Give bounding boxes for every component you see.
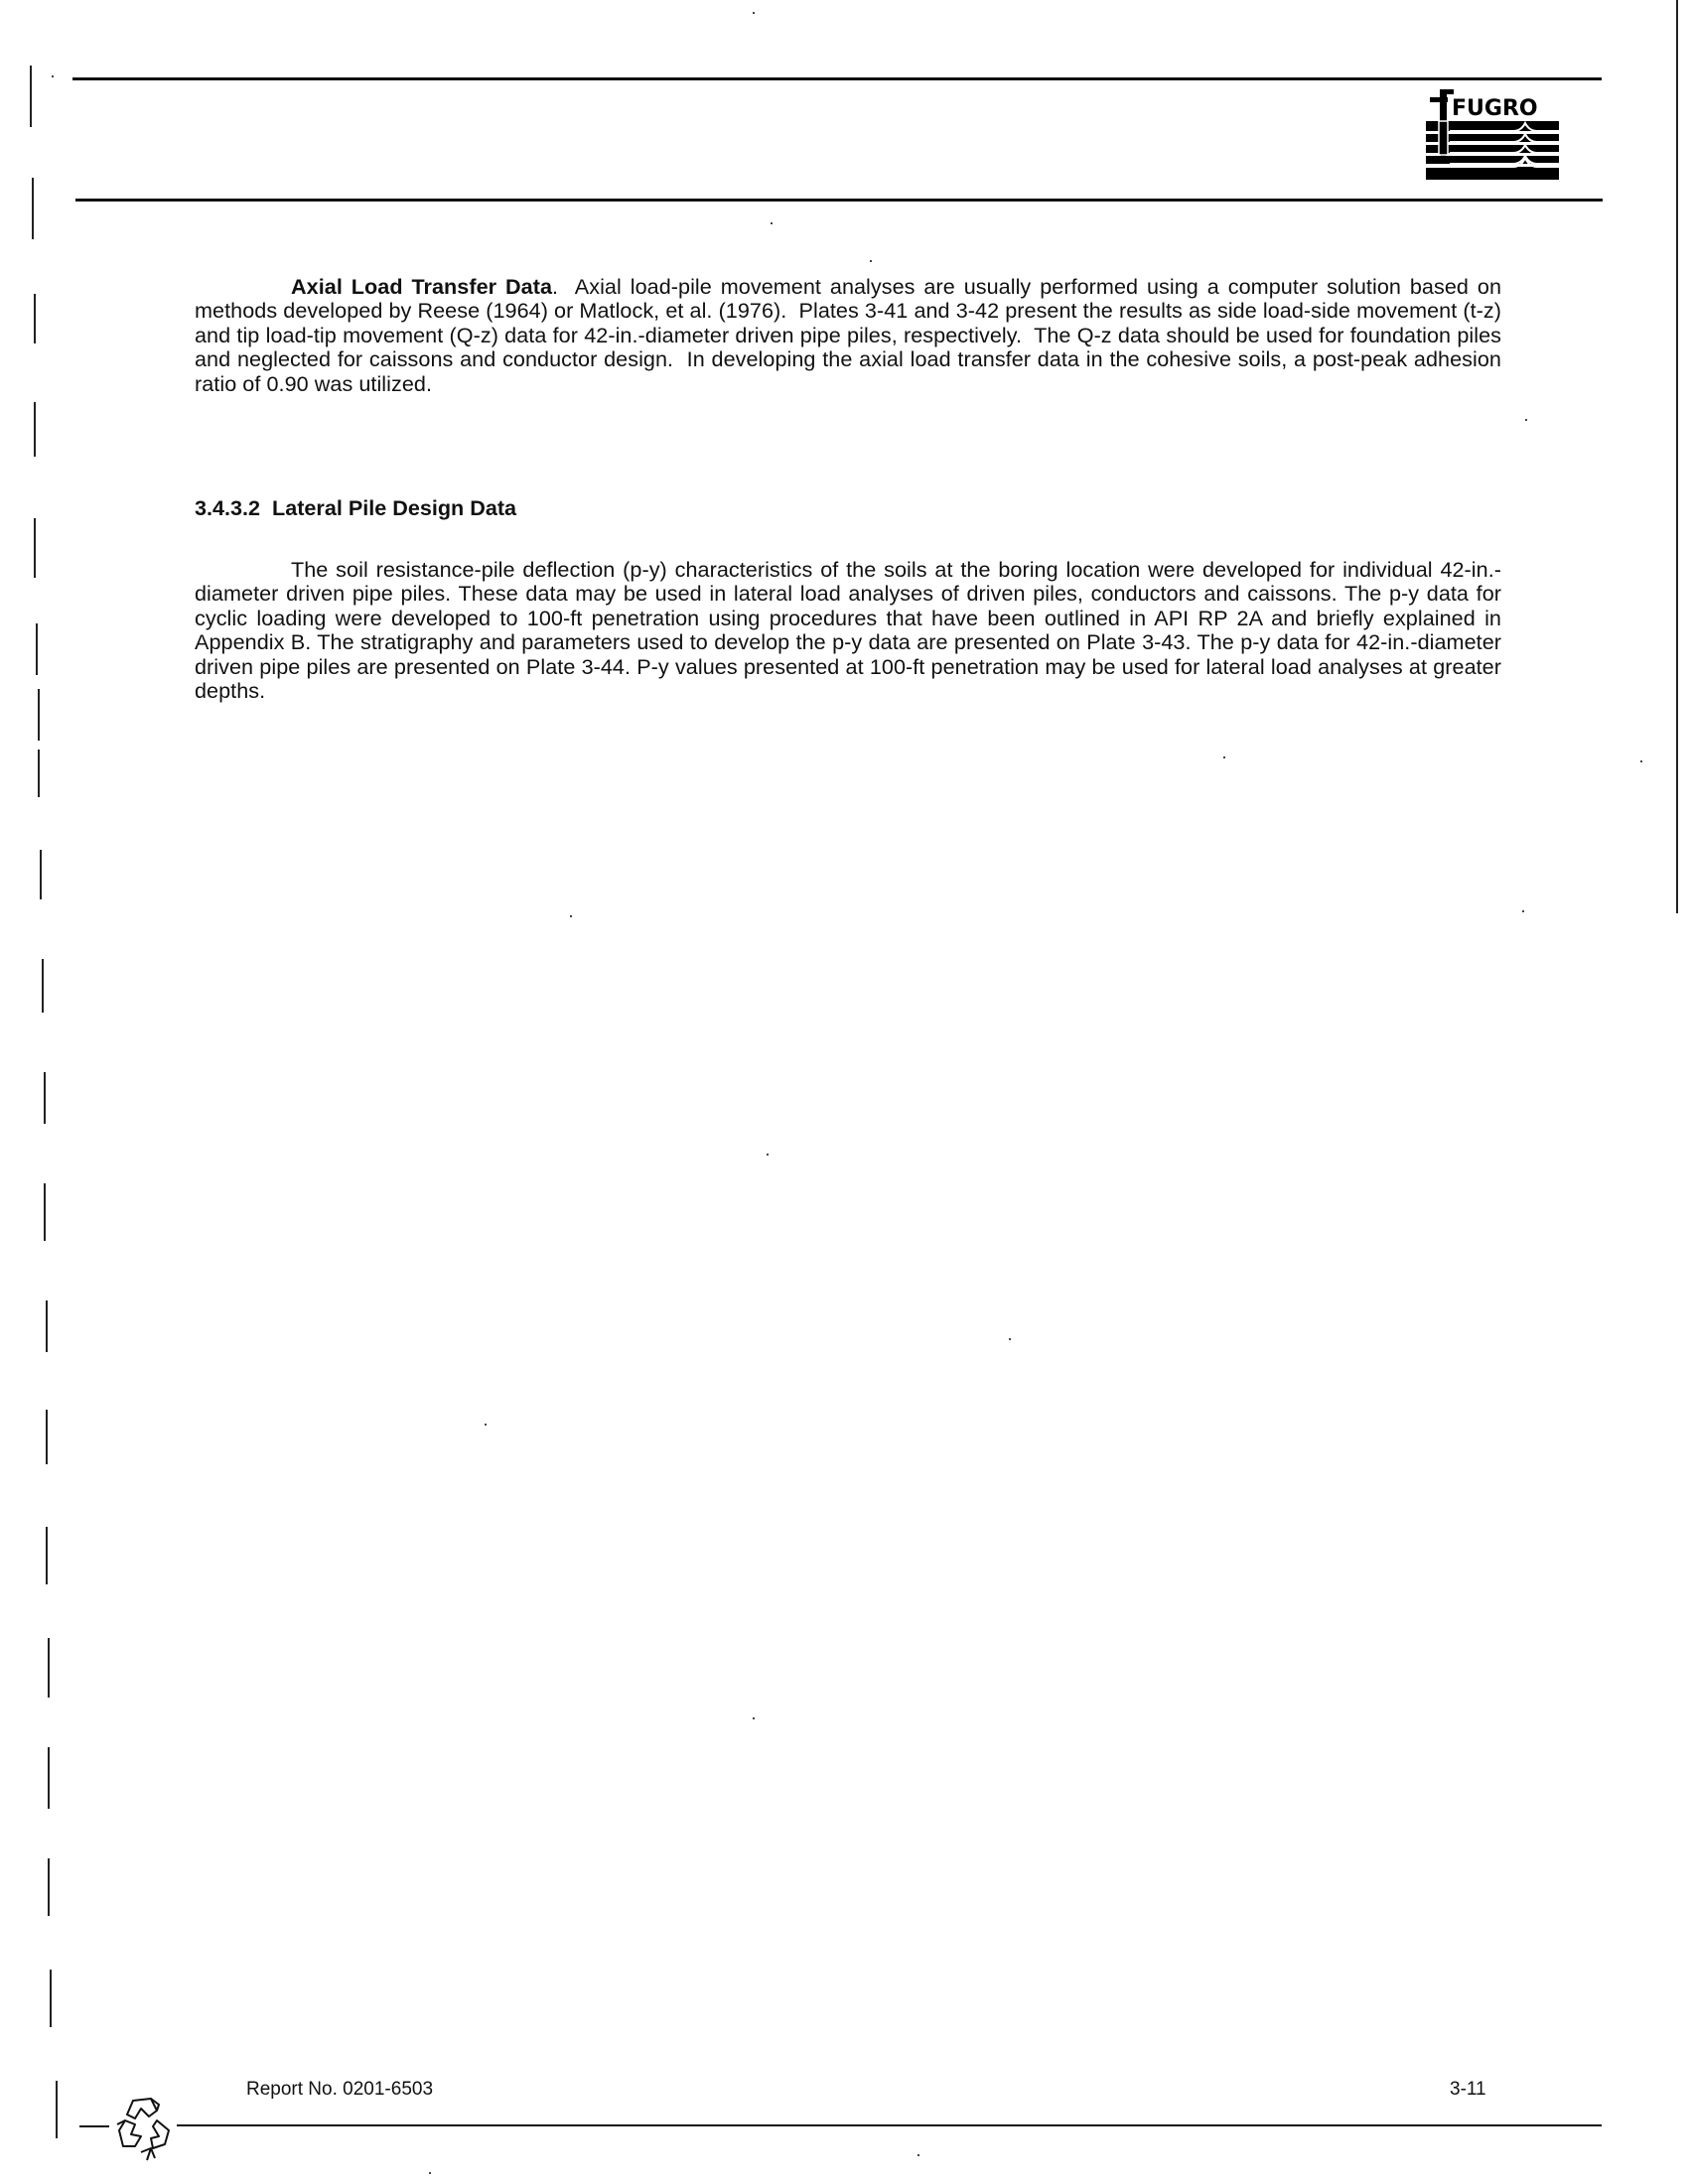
scan-speck (52, 75, 54, 77)
scan-artifact-mark (46, 1300, 48, 1352)
scan-speck (870, 260, 872, 262)
scan-artifact-mark (42, 959, 44, 1013)
scan-speck (1640, 760, 1642, 762)
scan-artifact-mark (44, 1183, 46, 1241)
scan-artifact-mark (46, 1527, 48, 1584)
footer-report-number: Report No. 0201-6503 (246, 2079, 433, 2101)
scan-artifact-mark (36, 623, 38, 675)
lateral-pile-design-section: The soil resistance-pile deflection (p-y… (195, 558, 1501, 703)
recycle-icon (111, 2095, 177, 2164)
scan-artifact-mark (34, 518, 36, 578)
fugro-logo-icon: FUGRO (1426, 87, 1559, 183)
header-top-rule (72, 77, 1602, 80)
scan-artifact-mark (44, 1072, 46, 1124)
scan-artifact-mark (38, 750, 40, 797)
section-heading-lateral-pile-design: 3.4.3.2 Lateral Pile Design Data (195, 496, 516, 520)
scan-speck (771, 222, 773, 224)
scan-artifact-mark (38, 689, 40, 741)
scan-artifact-mark (34, 294, 36, 343)
scan-speck (429, 2172, 431, 2174)
scan-artifact-mark (34, 402, 36, 457)
header-bottom-rule (75, 199, 1603, 202)
scan-speck (1223, 756, 1225, 758)
scan-artifact-mark (48, 1638, 50, 1698)
scan-artifact-mark (46, 1410, 48, 1464)
svg-text:FUGRO: FUGRO (1452, 96, 1538, 121)
scan-speck (753, 1717, 755, 1719)
scan-speck (485, 1424, 487, 1426)
scan-speck (570, 915, 572, 917)
scan-speck (917, 2154, 919, 2156)
scan-speck (1525, 419, 1527, 421)
scan-artifact-mark (30, 66, 32, 127)
scan-speck (1522, 910, 1524, 912)
footer-page-number: 3-11 (1450, 2079, 1486, 2101)
footer-rule-left (79, 2125, 109, 2127)
axial-load-transfer-lead-in: Axial Load Transfer Data (291, 274, 552, 299)
axial-load-transfer-paragraph: Axial Load Transfer Data. Axial load-pil… (195, 275, 1501, 396)
scan-artifact-mark (32, 178, 34, 239)
scan-artifact-mark (48, 1747, 50, 1809)
axial-load-transfer-section: Axial Load Transfer Data. Axial load-pil… (195, 275, 1501, 396)
scan-artifact-mark (56, 2081, 58, 2138)
scan-artifact-mark (1676, 0, 1678, 913)
scan-speck (1009, 1338, 1011, 1340)
scan-speck (767, 1154, 769, 1156)
scan-artifact-mark (40, 850, 42, 899)
scan-artifact-mark (48, 1858, 50, 1916)
lateral-pile-design-paragraph: The soil resistance-pile deflection (p-y… (195, 558, 1501, 703)
scan-speck (753, 12, 755, 14)
footer-rule-right (177, 2124, 1602, 2126)
scan-artifact-mark (50, 1970, 52, 2027)
